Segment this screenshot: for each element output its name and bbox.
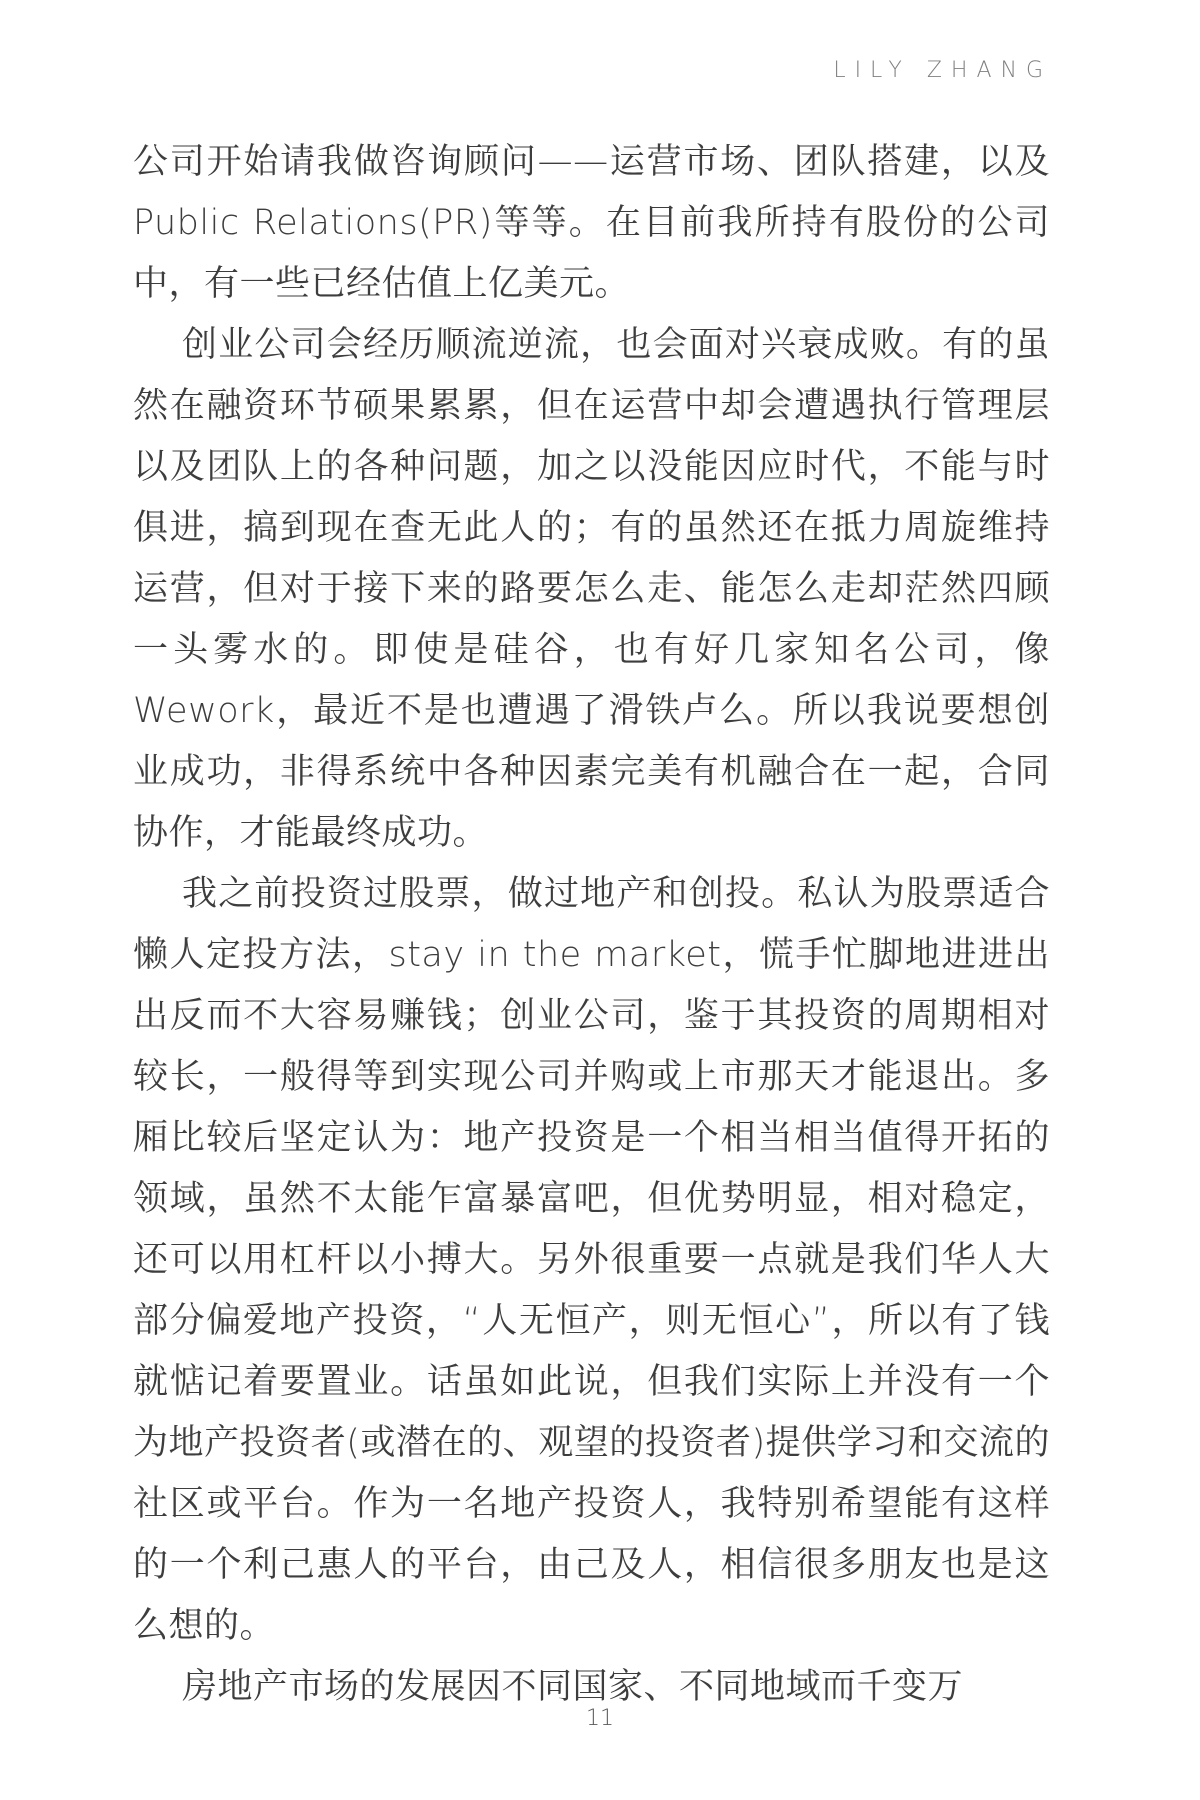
paragraph-investing: 我之前投资过股票，做过地产和创投。私认为股票适合懒人定投方法，stay in t…: [133, 864, 1050, 1657]
paragraph-startups: 创业公司会经历顺流逆流，也会面对兴衰成败。有的虽然在融资环节硕果累累，但在运营中…: [133, 315, 1050, 864]
page-body: 公司开始请我做咨询顾问——运营市场、团队搭建，以及Public Relation…: [133, 132, 1050, 1718]
paragraph-continuation: 公司开始请我做咨询顾问——运营市场、团队搭建，以及Public Relation…: [133, 132, 1050, 315]
book-page: LILY ZHANG 公司开始请我做咨询顾问——运营市场、团队搭建，以及Publ…: [0, 0, 1200, 1800]
running-header-author: LILY ZHANG: [833, 58, 1052, 83]
page-number: 11: [0, 1706, 1200, 1731]
